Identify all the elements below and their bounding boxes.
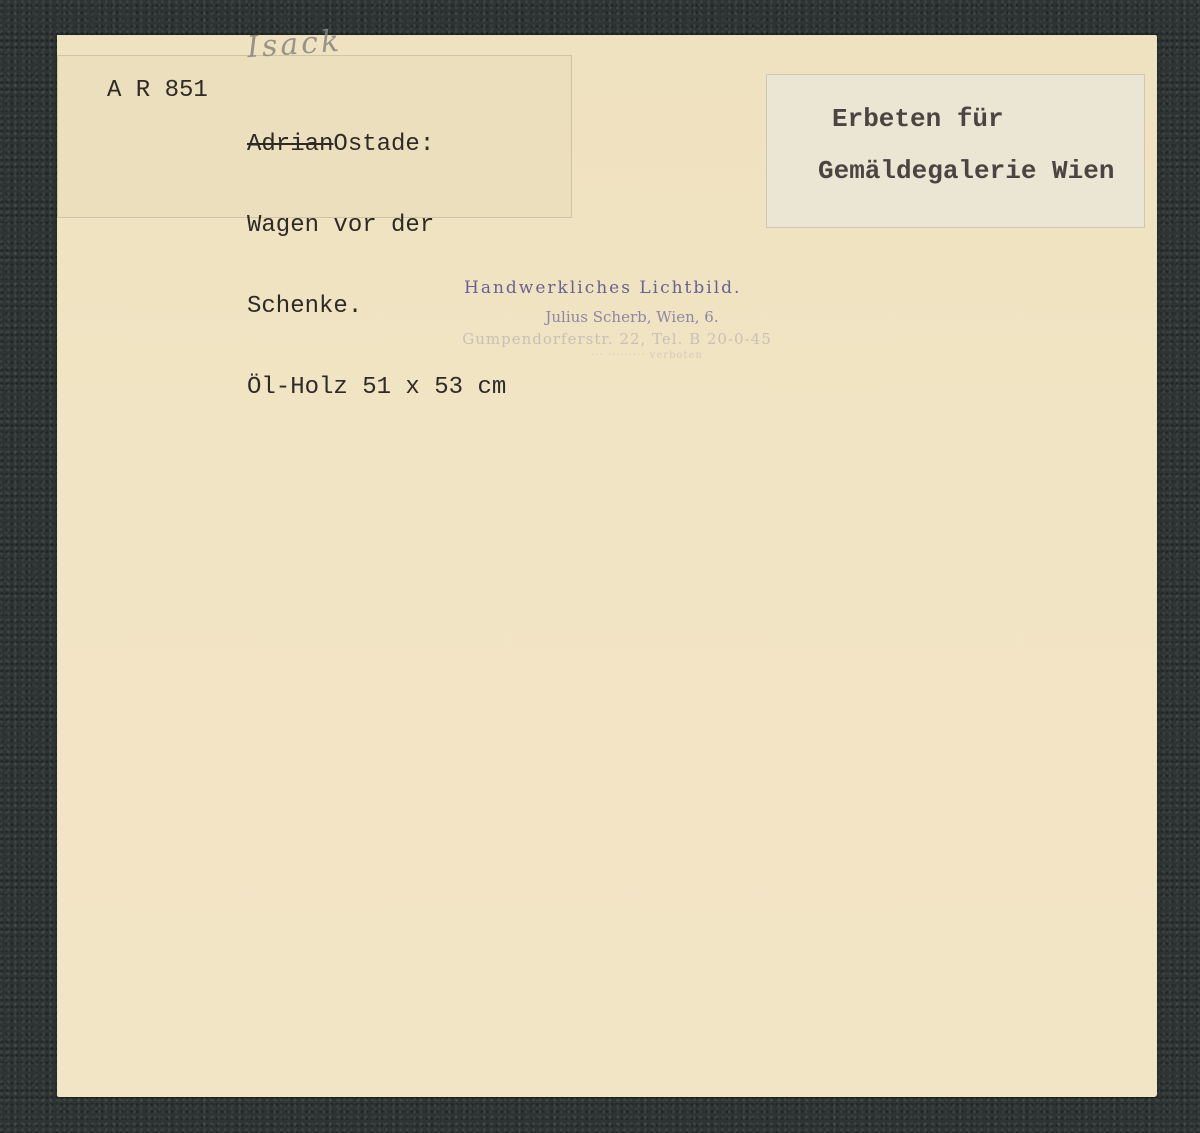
request-label: Erbeten für Gemäldegalerie Wien <box>766 74 1145 228</box>
medium-dimensions: Öl-Holz 51 x 53 cm <box>247 374 506 401</box>
photo-back-paper: Isack A R 851 AdrianOstade: Wagen vor de… <box>57 35 1157 1097</box>
request-line-1: Erbeten für <box>832 104 1004 134</box>
artwork-description: AdrianOstade: Wagen vor der Schenke. Öl-… <box>247 77 506 455</box>
stamp-studio-name: Handwerkliches Lichtbild. <box>464 278 782 298</box>
stamp-notice: ··· ········· verboten <box>512 350 782 361</box>
artist-line: AdrianOstade: <box>247 131 506 158</box>
inventory-number-text: A R 851 <box>107 77 208 104</box>
stamp-photographer: Julius Scherb, Wien, 6. <box>482 308 782 326</box>
stamp-address: Gumpendorferstr. 22, Tel. B 20-0-45 <box>452 330 782 348</box>
inventory-label: Isack A R 851 AdrianOstade: Wagen vor de… <box>57 55 572 218</box>
artist-first-name-struck: Adrian <box>247 131 333 158</box>
photographer-stamp: Handwerkliches Lichtbild. Julius Scherb,… <box>452 278 782 361</box>
inventory-number: A R 851 <box>107 77 208 104</box>
handwritten-annotation: Isack <box>246 24 343 66</box>
title-line-1: Wagen vor der <box>247 212 506 239</box>
artist-name: Ostade: <box>333 131 434 158</box>
request-line-2: Gemäldegalerie Wien <box>818 156 1114 186</box>
